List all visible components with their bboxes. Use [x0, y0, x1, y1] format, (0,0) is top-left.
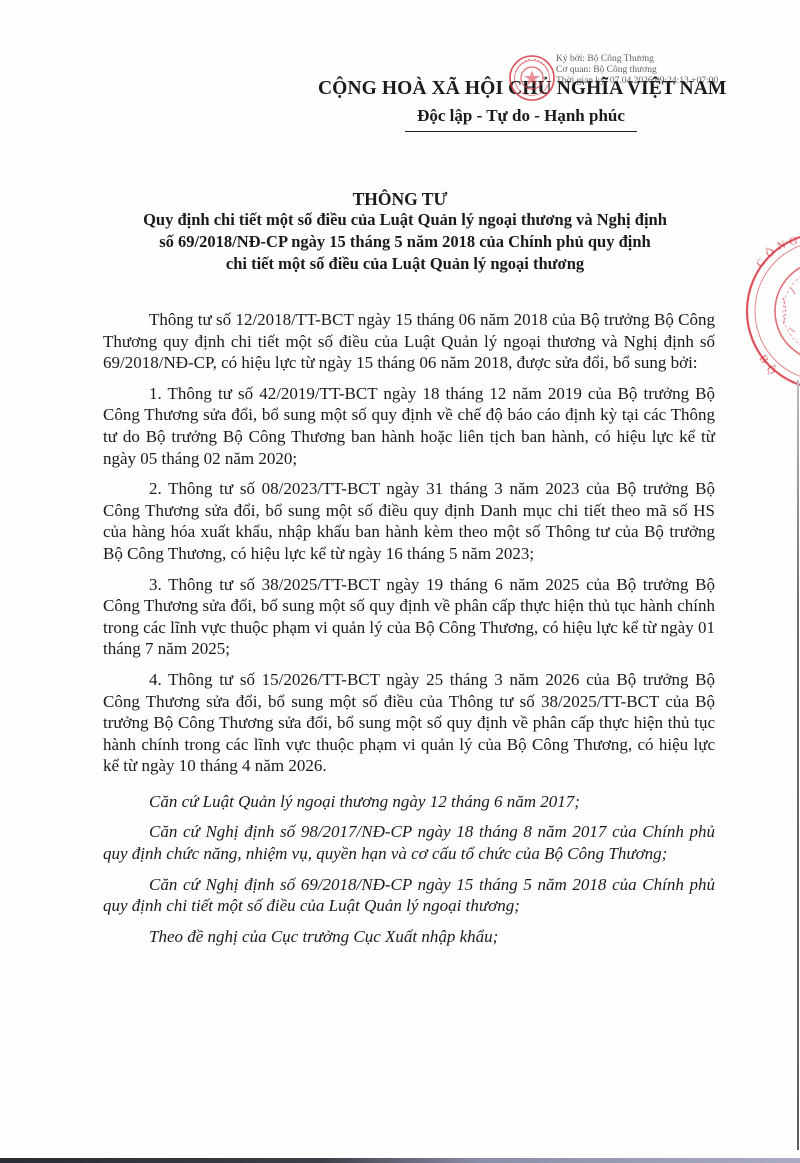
- amendment-item: 3. Thông tư số 38/2025/TT-BCT ngày 19 th…: [103, 574, 715, 660]
- amendment-item: 2. Thông tư số 08/2023/TT-BCT ngày 31 th…: [103, 478, 715, 564]
- national-motto: Độc lập - Tự do - Hạnh phúc: [405, 106, 637, 126]
- motto-underline: [405, 131, 637, 132]
- document-subject: Quy định chi tiết một số điều của Luật Q…: [100, 209, 710, 275]
- subject-line: chi tiết một số điều của Luật Quản lý ng…: [100, 253, 710, 275]
- signing-time: Thời gian ký: 07.04.2026 09:24:13 +07:00: [556, 76, 718, 87]
- svg-text:G: G: [788, 235, 798, 248]
- document-type: THÔNG TƯ: [0, 189, 800, 210]
- legal-basis: Căn cứ Nghị định số 69/2018/NĐ-CP ngày 1…: [103, 874, 715, 917]
- official-seal-icon: [508, 54, 556, 102]
- legal-basis: Căn cứ Luật Quản lý ngoại thương ngày 12…: [103, 791, 715, 813]
- svg-text:Ô: Ô: [764, 246, 777, 260]
- document-body: Thông tư số 12/2018/TT-BCT ngày 15 tháng…: [103, 309, 715, 947]
- intro-paragraph: Thông tư số 12/2018/TT-BCT ngày 15 tháng…: [103, 309, 715, 374]
- signed-by: Ký bởi: Bộ Công Thương: [556, 54, 718, 65]
- subject-line: số 69/2018/NĐ-CP ngày 15 tháng 5 năm 201…: [100, 231, 710, 253]
- signing-agency: Cơ quan: Bộ Công thương: [556, 65, 718, 76]
- legal-basis: Căn cứ Nghị định số 98/2017/NĐ-CP ngày 1…: [103, 821, 715, 864]
- subject-line: Quy định chi tiết một số điều của Luật Q…: [100, 209, 710, 231]
- amendment-item: 4. Thông tư số 15/2026/TT-BCT ngày 25 th…: [103, 669, 715, 777]
- svg-text:N: N: [776, 239, 788, 253]
- document-page: CỘNG HOÀ XÃ HỘI CHỦ NGHĨA VIỆT NAM Độc l…: [0, 0, 800, 1163]
- ministry-seal-icon: C Ô N G B Ộ: [743, 228, 800, 394]
- legal-basis: Theo đề nghị của Cục trưởng Cục Xuất nhậ…: [103, 926, 715, 948]
- svg-text:Ộ: Ộ: [764, 363, 778, 377]
- digital-signature-info: Ký bởi: Bộ Công Thương Cơ quan: Bộ Công …: [556, 54, 718, 87]
- scan-edge-right: [797, 380, 799, 1150]
- scan-edge-bottom: [0, 1158, 800, 1163]
- amendment-item: 1. Thông tư số 42/2019/TT-BCT ngày 18 th…: [103, 383, 715, 469]
